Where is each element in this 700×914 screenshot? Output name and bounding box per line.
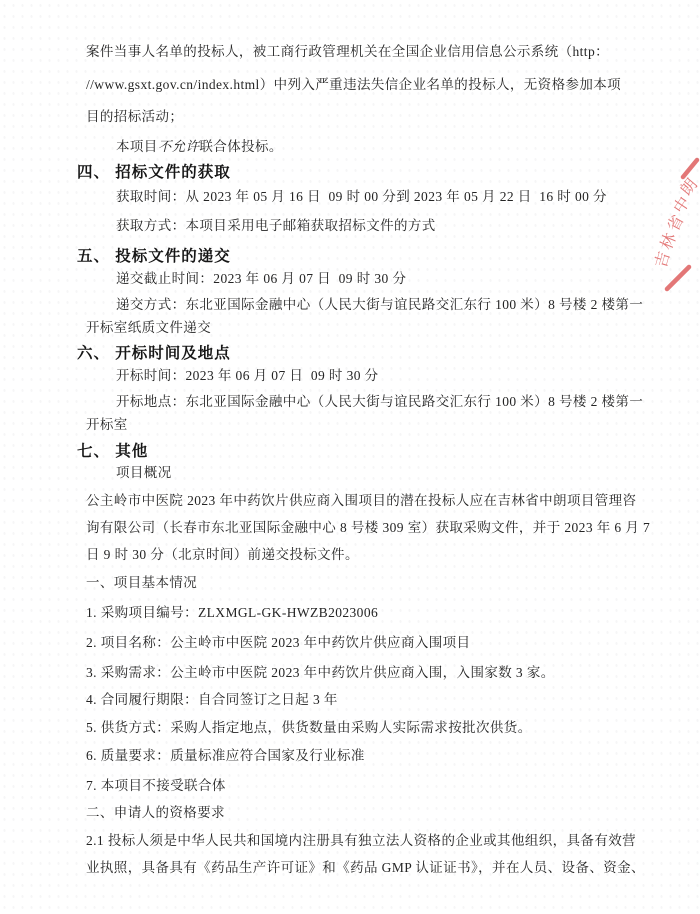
red-seal-stamp: 朗 中 省 林 吉 bbox=[640, 148, 700, 308]
text-line: 目的招标活动； bbox=[86, 109, 183, 125]
joint-bid-pre: 本项目 bbox=[116, 139, 158, 154]
section-heading-bid-opening: 六、 开标时间及地点 bbox=[77, 341, 231, 363]
text-line: 2.1 投标人须是中华人民共和国境内注册具有独立法人资格的企业或其他组织，具备有… bbox=[86, 833, 636, 849]
text-line: 日 9 时 30 分（北京时间）前递交投标文件。 bbox=[86, 547, 359, 563]
joint-bid-post: 联合体投标。 bbox=[199, 139, 282, 154]
list-item: 3. 采购需求：公主岭市中医院 2023 年中药饮片供应商入围，入围家数 3 家… bbox=[86, 665, 555, 681]
text-line: 开标时间：2023 年 06 月 07 日 09 时 30 分 bbox=[116, 368, 379, 384]
text-line: 开标室纸质文件递交 bbox=[86, 320, 211, 336]
document-page: 案件当事人名单的投标人，被工商行政管理机关在全国企业信用信息公示系统（http：… bbox=[0, 0, 700, 914]
list-item: 2. 项目名称：公主岭市中医院 2023 年中药饮片供应商入围项目 bbox=[86, 635, 470, 651]
text-line: 公主岭市中医院 2023 年中药饮片供应商入围项目的潜在投标人应在吉林省中朗项目… bbox=[86, 493, 636, 509]
text-line: 开标室 bbox=[86, 417, 128, 433]
seal-character: 吉 bbox=[652, 249, 674, 269]
list-item: 1. 采购项目编号：ZLXMGL-GK-HWZB2023006 bbox=[86, 605, 378, 621]
list-item: 6. 质量要求：质量标准应符合国家及行业标准 bbox=[86, 748, 365, 764]
text-line: 开标地点：东北亚国际金融中心（人民大街与谊民路交汇东行 100 米）8 号楼 2… bbox=[116, 394, 643, 410]
text-line: 询有限公司（长春市东北亚国际金融中心 8 号楼 309 室）获取采购文件，并于 … bbox=[86, 520, 650, 536]
text-line: //www.gsxt.gov.cn/index.html）中列入严重违法失信企业… bbox=[86, 77, 621, 93]
text-line: 案件当事人名单的投标人，被工商行政管理机关在全国企业信用信息公示系统（http： bbox=[86, 44, 609, 60]
text-line: 业执照，具备具有《药品生产许可证》和《药品 GMP 认证证书》，并在人员、设备、… bbox=[86, 860, 645, 876]
subsection-heading-basic-info: 一、项目基本情况 bbox=[86, 575, 197, 591]
text-line: 项目概况 bbox=[116, 465, 172, 481]
section-heading-others: 七、 其他 bbox=[77, 439, 148, 461]
joint-bid-line: 本项目不允许联合体投标。 bbox=[116, 139, 283, 155]
subsection-heading-qualification: 二、申请人的资格要求 bbox=[86, 805, 225, 821]
list-item: 7. 本项目不接受联合体 bbox=[86, 778, 226, 794]
list-item: 4. 合同履行期限：自合同签订之日起 3 年 bbox=[86, 692, 338, 708]
list-item: 5. 供货方式：采购人指定地点，供货数量由采购人实际需求按批次供货。 bbox=[86, 720, 532, 736]
seal-arc-top bbox=[683, 160, 697, 177]
text-line: 获取时间：从 2023 年 05 月 16 日 09 时 00 分到 2023 … bbox=[116, 189, 607, 205]
seal-arc-bottom bbox=[667, 267, 689, 289]
text-line: 获取方式：本项目采用电子邮箱获取招标文件的方式 bbox=[116, 218, 436, 234]
section-heading-bid-submission: 五、 投标文件的递交 bbox=[77, 244, 231, 266]
text-line: 递交截止时间：2023 年 06 月 07 日 09 时 30 分 bbox=[116, 271, 406, 287]
text-line: 递交方式：东北亚国际金融中心（人民大街与谊民路交汇东行 100 米）8 号楼 2… bbox=[116, 297, 643, 313]
section-heading-obtain-documents: 四、 招标文件的获取 bbox=[77, 160, 231, 182]
joint-bid-emphasis: 不允许 bbox=[158, 139, 200, 154]
